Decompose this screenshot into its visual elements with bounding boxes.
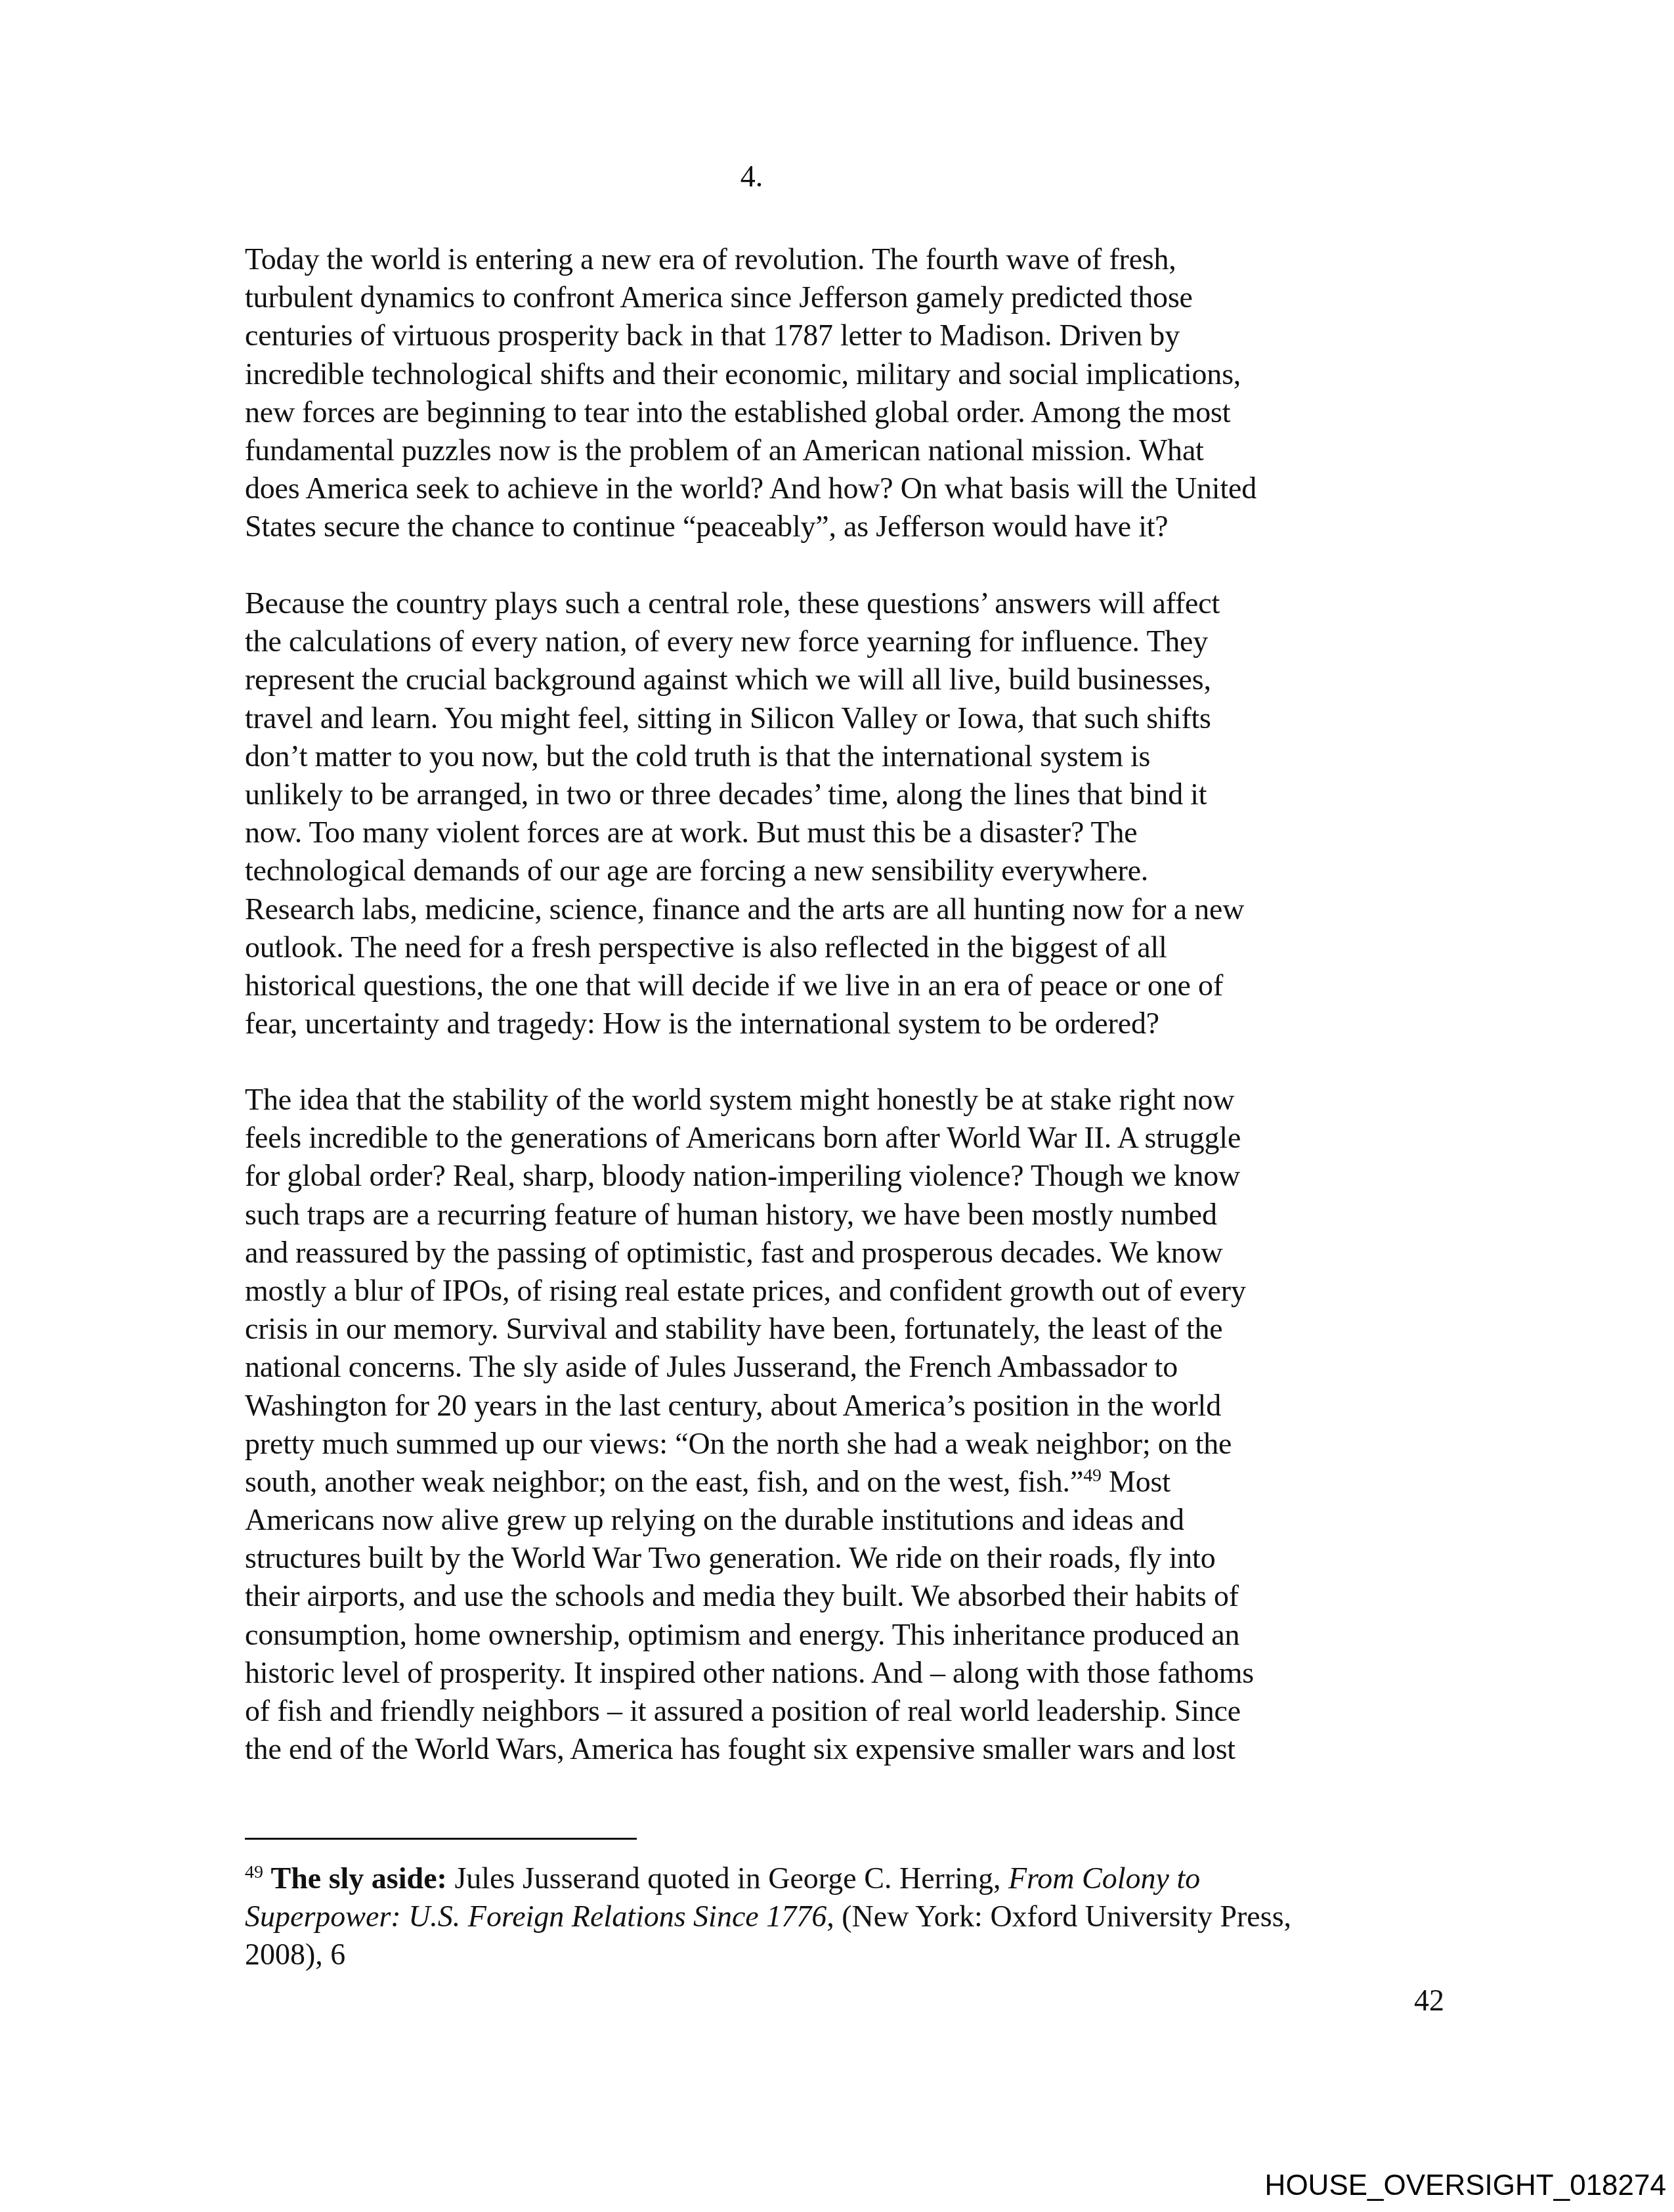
text-line: of fish and friendly neighbors – it assu…	[245, 1692, 1427, 1730]
text-line: and reassured by the passing of optimist…	[245, 1234, 1427, 1272]
footnote-reference[interactable]: 49	[1083, 1465, 1102, 1486]
text-line: pretty much summed up our views: “On the…	[245, 1425, 1427, 1463]
footnote-text: Jules Jusserand quoted in George C. Herr…	[447, 1861, 1008, 1895]
text-line: Americans now alive grew up relying on t…	[245, 1501, 1427, 1539]
text-line: new forces are beginning to tear into th…	[245, 393, 1427, 431]
text-line: represent the crucial background against…	[245, 661, 1427, 699]
text-line: Washington for 20 years in the last cent…	[245, 1387, 1427, 1425]
text-line: feels incredible to the generations of A…	[245, 1119, 1427, 1157]
text-fragment: Most	[1102, 1465, 1170, 1498]
footnote-book-title: From Colony to	[1008, 1861, 1200, 1895]
text-line: turbulent dynamics to confront America s…	[245, 278, 1427, 316]
text-line: Because the country plays such a central…	[245, 584, 1427, 622]
text-line: travel and learn. You might feel, sittin…	[245, 699, 1427, 737]
text-line: does America seek to achieve in the worl…	[245, 469, 1427, 508]
page-number: 42	[1365, 1982, 1444, 2020]
text-line: now. Too many violent forces are at work…	[245, 813, 1427, 852]
footnote-text: , (New York: Oxford University Press,	[826, 1899, 1291, 1933]
text-line: historical questions, the one that will …	[245, 966, 1427, 1005]
text-line: centuries of virtuous prosperity back in…	[245, 316, 1427, 355]
footnote-book-title: Superpower: U.S. Foreign Relations Since…	[245, 1899, 826, 1933]
text-line: fundamental puzzles now is the problem o…	[245, 431, 1427, 469]
footnote-separator	[245, 1838, 637, 1840]
text-line: historic level of prosperity. It inspire…	[245, 1654, 1427, 1692]
footnote-label: The sly aside:	[271, 1861, 447, 1895]
text-line: structures built by the World War Two ge…	[245, 1539, 1427, 1577]
paragraph-2: Because the country plays such a central…	[245, 584, 1427, 1043]
footnote-line: Superpower: U.S. Foreign Relations Since…	[245, 1898, 1427, 1936]
text-line: incredible technological shifts and thei…	[245, 355, 1427, 393]
text-line: mostly a blur of IPOs, of rising real es…	[245, 1272, 1427, 1310]
text-line: outlook. The need for a fresh perspectiv…	[245, 928, 1427, 966]
text-fragment: south, another weak neighbor; on the eas…	[245, 1465, 1083, 1498]
text-line: don’t matter to you now, but the cold tr…	[245, 737, 1427, 775]
text-line: for global order? Real, sharp, bloody na…	[245, 1157, 1427, 1195]
text-line: consumption, home ownership, optimism an…	[245, 1616, 1427, 1654]
document-page: 4. Today the world is entering a new era…	[0, 0, 1674, 2212]
paragraph-3: The idea that the stability of the world…	[245, 1081, 1427, 1768]
paragraph-1: Today the world is entering a new era of…	[245, 240, 1427, 546]
text-line-with-footnote-ref: south, another weak neighbor; on the eas…	[245, 1463, 1427, 1501]
text-line: unlikely to be arranged, in two or three…	[245, 775, 1427, 813]
text-line: States secure the chance to continue “pe…	[245, 508, 1427, 546]
footnote-line: 49 The sly aside: Jules Jusserand quoted…	[245, 1859, 1427, 1898]
text-line: fear, uncertainty and tragedy: How is th…	[245, 1005, 1427, 1043]
footnote-line: 2008), 6	[245, 1936, 1427, 1974]
text-line: such traps are a recurring feature of hu…	[245, 1196, 1427, 1234]
footnote-49: 49 The sly aside: Jules Jusserand quoted…	[245, 1859, 1427, 1974]
text-line: national concerns. The sly aside of Jule…	[245, 1348, 1427, 1386]
bates-stamp: HOUSE_OVERSIGHT_018274	[1265, 2169, 1666, 2203]
text-line: the calculations of every nation, of eve…	[245, 622, 1427, 661]
text-line: their airports, and use the schools and …	[245, 1577, 1427, 1615]
text-line: the end of the World Wars, America has f…	[245, 1730, 1427, 1768]
text-line: crisis in our memory. Survival and stabi…	[245, 1310, 1427, 1348]
chapter-number: 4.	[0, 158, 1503, 196]
text-line: Today the world is entering a new era of…	[245, 240, 1427, 278]
text-line: Research labs, medicine, science, financ…	[245, 890, 1427, 928]
text-line: technological demands of our age are for…	[245, 852, 1427, 890]
text-line: The idea that the stability of the world…	[245, 1081, 1427, 1119]
footnote-number: 49	[245, 1862, 263, 1882]
